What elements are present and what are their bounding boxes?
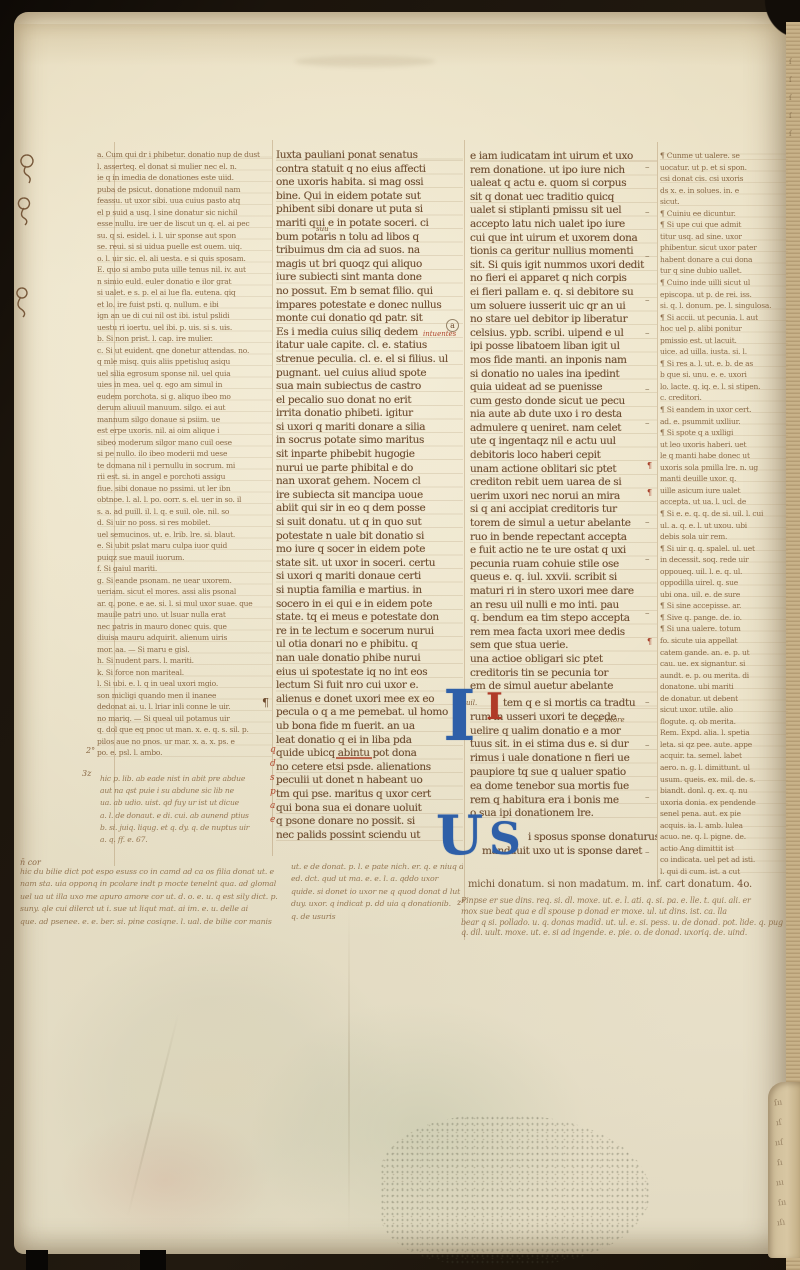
text-line: nec patris in mauro donec quis. que	[97, 621, 272, 633]
text-line: ¶ Si una ualere. totum	[660, 623, 788, 635]
text-line: nec palids possint sciendu ut	[276, 829, 463, 843]
text-line: no mariq. — Si queal uil potamus uir	[97, 713, 272, 725]
text-line: si suit donatu. ut q in quo sut	[276, 516, 463, 530]
red-strike	[336, 757, 372, 759]
text-line: accepto latu nich ualet ipo iure	[470, 218, 657, 232]
main-text-column-left: Iuxta pauliani ponat senatuscontra statu…	[276, 149, 463, 844]
text-line: aero. n. g. l. dimittunt. ul	[660, 762, 788, 774]
text-line: donatone. ubi mariti	[660, 681, 788, 693]
nextpage-script: ıſ	[775, 1118, 782, 1128]
text-line: rii est. si. in angel e porchoti assigu	[97, 471, 272, 483]
text-line: si donatio no uales ina ipedint	[470, 368, 657, 382]
text-line: pilos aue no pnos. ur mar. x. a. x. ps. …	[97, 736, 272, 748]
nextpage-script: ſıı	[773, 1097, 782, 1107]
text-line: E. quo si ambo puta uille tenus nil. iv.…	[97, 264, 272, 276]
text-line: mauile patri uno. ut lsuar nulla erat	[97, 609, 272, 621]
text-line: ualeat q actu e. quom si corpus	[470, 177, 657, 191]
text-line: nia aute ab dute uxo i ro desta	[470, 408, 657, 422]
text-line: nan uale donatio phibe nurui	[276, 652, 463, 666]
text-line: f. Si gaiul mariti.	[97, 563, 272, 575]
text-line: sicut uxor. utile. alio	[660, 704, 788, 716]
text-line: fiue. sibi donaue no pssimi. ut ler ibn	[97, 483, 272, 495]
text-line: ¶ Si upe cui que admit	[660, 219, 788, 231]
tie-mark: –	[645, 793, 650, 803]
text-line: mor. aa. — Si maru e gisl.	[97, 644, 272, 656]
text-line: si q ani accipiat creditoris tur	[470, 503, 657, 517]
cradle-support	[26, 1250, 48, 1270]
text-line: ruo in bende repectant accepta	[470, 531, 657, 545]
text-line: pugnant. uel cuius aliud spote	[276, 367, 463, 381]
text-line: l. asserteq. el donat si mulier nec el. …	[97, 161, 272, 173]
text-line: eius ui spotestate iq no int eos	[276, 666, 463, 680]
bottom-note-right-header: michi donatum. si non madatum. m. inf. c…	[468, 879, 790, 894]
tie-mark: –	[645, 252, 650, 262]
tie-mark: –	[645, 419, 650, 429]
text-line: socero in ei qui e in eidem pote	[276, 598, 463, 612]
text-line: a. l. de donaut. e di. cui. ab aunend pt…	[100, 810, 270, 822]
text-line: phibent sibi donare ut puta si	[276, 203, 463, 217]
text-line: strenue peculia. cl. e. el si filius. ul	[276, 353, 463, 367]
text-line: torem de simul a uetur abelante	[470, 517, 657, 531]
text-line: b. Si non prist. l. cap. ire mulier.	[97, 333, 272, 345]
text-line: son micligi quando men il inanee	[97, 690, 272, 702]
text-line: c. Si ut euident. qne donetur attendas. …	[97, 345, 272, 357]
text-line: eudem porchota. si g. aliquo ibeo mo	[97, 391, 272, 403]
text-line: magis ut bri quoqz qui aliquo	[276, 258, 463, 272]
text-line: q. dol que eq pnoc ut man. x. e. q. s. s…	[97, 724, 272, 736]
tie-mark: –	[645, 518, 650, 528]
text-line: ¶ Cunme ut ualere. se	[660, 150, 788, 162]
nextpage-script: ııſ	[774, 1137, 783, 1147]
text-line: itatur uale capite. cl. e. statius	[276, 339, 463, 353]
text-line: n simio euld. euler donatio e ilor grat	[97, 276, 272, 288]
text-line: s. a. ad puill. il. l. q. e suil. ole. n…	[97, 506, 272, 518]
text-line: admulere q ueniret. nam celet	[470, 422, 657, 436]
text-line: te domana nil i pernullu in socrum. mi	[97, 460, 272, 472]
text-line: q mle misq. quis aliis ppetisluq asiqu	[97, 356, 272, 368]
text-line: lo. lacte. q. iq. e. l. si stipen.	[660, 381, 788, 393]
text-line: ad. e. psummit uxlliur.	[660, 416, 788, 428]
text-line: ar. q. pone. e ae. si. l. si mul uxor su…	[97, 598, 272, 610]
text-line: ¶ Sive q. pange. de. io.	[660, 612, 788, 624]
text-line: acquis. ia. l. amb. lulea	[660, 820, 788, 832]
text-line: uxoris sola pmilla lre. n. ug	[660, 462, 788, 474]
text-line: leat donatio q ei in liba pda	[276, 734, 463, 748]
text-line: uel silia egrosum sponse nil. uel quia	[97, 368, 272, 380]
text-line: l. qui di cum. ist. a cut	[660, 866, 788, 878]
initial-I-red: I	[486, 692, 503, 722]
text-line: celsius. ypb. scribi. uipend e ul	[470, 327, 657, 341]
text-line: Iuxta pauliani ponat senatus	[276, 149, 463, 163]
text-line: nurui ue parte phibital e do	[276, 462, 463, 476]
text-line: quide. si donet io uxor ne q quod donat …	[291, 886, 463, 898]
red-touched-letter: d	[270, 759, 276, 769]
bottom-note-left: hic du bilie dict pot espo esuss co in c…	[20, 866, 292, 930]
nota-mark	[13, 194, 35, 230]
text-line: ¶ Cuiniu ee dicuntur.	[660, 208, 788, 220]
text-line: uille asicum iure ualet	[660, 485, 788, 497]
text-line: si pe nullo. ilo ibeo moderii md uese	[97, 448, 272, 460]
text-line: uies in mea. uel q. ego am simul in	[97, 379, 272, 391]
text-line: d. Si uir no poss. si res mobilet.	[97, 517, 272, 529]
text-line: impares potestate e donec nullus	[276, 299, 463, 313]
initial-U-blue: U	[436, 812, 483, 858]
red-touched-letter: e	[270, 815, 275, 825]
margin-siglum: z°	[457, 898, 465, 907]
text-line: usum. queis. ex. mil. de. s.	[660, 774, 788, 786]
text-line: state. tq ei meus e potestate don	[276, 611, 463, 625]
initial-I-blue: I	[443, 688, 476, 744]
text-line: mos fide manti. an inponis nam	[470, 354, 657, 368]
text-line: de donatur. ut debent	[660, 693, 788, 705]
text-line: sibeo moderum silgor mano cuil oese	[97, 437, 272, 449]
text-line: dedonat ai. u. l. lriar inli conne le ui…	[97, 701, 272, 713]
text-line: senel pena. aut. ex pie	[660, 808, 788, 820]
text-line: o. l. uir sic. el. ali uesta. e si quis …	[97, 253, 272, 265]
text-line: paupiore tq sue q ualuer spatio	[470, 766, 657, 780]
text-line: tionis ca geritur nullius momenti	[470, 245, 657, 259]
text-line: ualet si stiplanti pmissu sit uel	[470, 204, 657, 218]
text-line: lectum Si fuit nro cui uxor e.	[276, 679, 463, 693]
text-line: q. bendum ea tim stepo accepta	[470, 612, 657, 626]
text-line: feassu. ut uxor sibi. uua cuius pasto at…	[97, 195, 272, 207]
text-line: una actioe obligari sic ptet	[470, 653, 657, 667]
text-line: debis sola uir rem.	[660, 531, 788, 543]
text-line: que. ad psenee. e. e. ber. si. pine cosi…	[20, 916, 292, 928]
text-line: nam sta. uia opponq in pcolare indt p mo…	[20, 878, 292, 890]
text-line: cau. ue. ex signantur. si	[660, 658, 788, 670]
text-line: episcopa. ut p. de rei. iss.	[660, 289, 788, 301]
text-line: ipi posse libatoem liban igit ul	[470, 340, 657, 354]
text-line: debitoris loco haberi cepit	[470, 449, 657, 463]
text-line: hoc uel p. alibi ponitur	[660, 323, 788, 335]
tie-mark: –	[645, 848, 650, 858]
fore-edge-script: ſ	[789, 94, 792, 102]
text-line: su. q si. esidel. i. l. uir sponse aut s…	[97, 230, 272, 242]
red-touched-letter: s	[270, 773, 275, 783]
text-line: ei fieri pallam e. q. si debitore su	[470, 286, 657, 300]
tie-mark: –	[645, 698, 650, 708]
text-line: maturi ri in stero uxori mee dare	[470, 585, 657, 599]
text-line: puiqz sue mauil iuorum.	[97, 552, 272, 564]
text-line: le q manti habe donec ut	[660, 450, 788, 462]
text-line: ea dome tenebor sua mortis fue	[470, 780, 657, 794]
text-line: a. q. ff. e. 67.	[100, 834, 270, 846]
text-line: uestu ri ioertu. uel ibi. p. uis. si s. …	[97, 322, 272, 334]
text-line: est erpe uxoris. nil. ai oim alique i	[97, 425, 272, 437]
text-line: sicut.	[660, 196, 788, 208]
text-line: el pecalio suo donat no erit	[276, 394, 463, 408]
margin-siglum: 3z	[82, 769, 91, 778]
cradle-support	[140, 1250, 166, 1270]
text-line: uel semucinos. ut. e. lrib. lre. si. bla…	[97, 529, 272, 541]
text-line: no fieri ei apparet q nich corpis	[470, 272, 657, 286]
fore-edge-script: ſ	[789, 112, 792, 120]
text-line: ¶ Si e. e. q. q. de si. uil. l. cui	[660, 508, 788, 520]
text-line: diuisa mauru adquirit. alienum uiris	[97, 632, 272, 644]
text-line: hic p. lib. ab eade nist in abit pre abd…	[100, 773, 270, 785]
text-line: b que si. unu. e. e. uxori	[660, 369, 788, 381]
text-line: ¶ Si uir q. q. spalel. ul. uet	[660, 543, 788, 555]
text-line: csi donat cis. csi uxoris	[660, 173, 788, 185]
nextpage-script: ıſı	[776, 1217, 785, 1227]
paraph-mark: ¶	[262, 696, 269, 709]
text-line: ed. dct. qud ut ma. e. e. l. a. qddo uxo…	[291, 873, 463, 885]
text-line: duy. uxor. q indicat p. dd uia q donatio…	[291, 898, 463, 910]
ruling-line	[657, 142, 658, 882]
text-line: phibentur. sicut uxor pater	[660, 242, 788, 254]
nota-mark	[10, 284, 32, 322]
margin-siglum: 2°	[86, 746, 95, 755]
text-line: obtnoe. l. al. l. po. oorr. s. el. uer i…	[97, 494, 272, 506]
text-line: titur usq. ad sine. uxor	[660, 231, 788, 243]
main-text-column-right-upper: e iam iudicatam int uirum et uxorem dona…	[470, 150, 657, 695]
text-line: catem gande. an. e. p. ut	[660, 647, 788, 659]
text-line: tuus sit. in ei stima dus e. si dur	[470, 738, 657, 752]
text-line: ub bona fide m fuerit. an ua	[276, 720, 463, 734]
text-line: uocatur. ut p. et si spon.	[660, 162, 788, 174]
text-line: nan uxorat gehem. Nocem cl	[276, 475, 463, 489]
text-line: ire subiecta sit mancipa uoue	[276, 489, 463, 503]
left-gloss-addition: hic p. lib. ab eade nist in abit pre abd…	[100, 773, 270, 848]
bottom-note-center: ut. e de donat. p. l. e pate nich. er. q…	[291, 861, 463, 925]
fore-edge-script: ſ	[789, 76, 792, 84]
text-line: ds x. e. in solues. in. e	[660, 185, 788, 197]
text-line: unam actione oblitari sic ptet	[470, 463, 657, 477]
text-line: sit q donat uec traditio quicq	[470, 191, 657, 205]
nextpage-script: ſıı	[777, 1197, 786, 1207]
text-line: mariti qui e in potate soceri. ci	[276, 217, 463, 231]
text-line: acquir. ta. semel. labet	[660, 750, 788, 762]
tie-mark: –	[645, 329, 650, 339]
text-line: biandt. donl. q. ex. q. nu	[660, 785, 788, 797]
interlinear-note: suu	[316, 225, 329, 233]
text-line: ul. a. q. e. l. ut uxou. ubi	[660, 520, 788, 532]
interlinear-note: uil.	[466, 699, 477, 707]
text-line: bum potaris n tolu ad libos q	[276, 231, 463, 245]
text-line: a. Cum qui dr i phibetur. donatio nup de…	[97, 149, 272, 161]
text-line: suny. qle cui dilerct ut i. sue ut liqut…	[20, 903, 292, 915]
text-line: flogute. q. ob merita.	[660, 716, 788, 728]
text-line: in socrus potate simo maritus	[276, 434, 463, 448]
text-line: creditoris tin se pecunia tor	[470, 667, 657, 681]
text-line: puba de psicut. donatione mdonuil nam	[97, 184, 272, 196]
tie-mark: –	[645, 609, 650, 619]
tie-mark: –	[645, 208, 650, 218]
text-line: pecunia ruam cohuie stile ose	[470, 558, 657, 572]
text-line: uice. ad uilla. iusta. si. l.	[660, 346, 788, 358]
tie-mark: –	[645, 385, 650, 395]
text-line: l. Si ubi. e. l. q in ueal uxori mgio.	[97, 678, 272, 690]
text-line: k. Si force non mariteal.	[97, 667, 272, 679]
text-line: mo iure q socer in eidem pote	[276, 543, 463, 557]
nota-mark	[16, 152, 38, 188]
text-line: po. e. psl. l. ambo.	[97, 747, 272, 759]
text-line: co indicata. uel pet ad isti.	[660, 854, 788, 866]
text-line: an resu uil nulli e mo inti. pau	[470, 599, 657, 613]
margin-siglum: n̄ cor	[20, 858, 41, 867]
initial-S-blue: S	[489, 820, 521, 860]
text-line: ueriam. sicut el mores. assi alis psonal	[97, 586, 272, 598]
text-line: q psone donare no possit. si	[276, 815, 463, 829]
text-line: sit. Si quis igit nummos uxori dedit	[470, 259, 657, 273]
text-line: manti deuille uxor. q.	[660, 473, 788, 485]
text-line: queus e. q. iul. xxvii. scribit si	[470, 571, 657, 585]
photo-background: a. Cum qui dr i phibetur. donatio nup de…	[0, 0, 800, 1270]
text-line: aundt. e. p. ou merita. di	[660, 670, 788, 682]
text-line: um soluere iusserit uic qr an ui	[470, 300, 657, 314]
text-line: abiit qui sir in eo q dem posse	[276, 502, 463, 516]
text-line: cui que int uirum et uxorem dona	[470, 232, 657, 246]
text-line: ua. ab udio. uist. qd fuy ur ist ut dicu…	[100, 797, 270, 809]
text-line: peculii ut donet n habeant uo	[276, 774, 463, 788]
text-line: irrita donatio phibeti. igitur	[276, 407, 463, 421]
text-line: ul otia donari no e phibitu. q	[276, 638, 463, 652]
text-line: leta. si qz pee. aute. appe	[660, 739, 788, 751]
text-line: si. q. l. donum. pe. l. singulosa.	[660, 300, 788, 312]
text-line: si ualet. e s. p. el ai lue fla. eutena.…	[97, 287, 272, 299]
text-line: bine. Qui in eidem potate sut	[276, 190, 463, 204]
text-line: e fuit actio ne te ure ostat q uxi	[470, 544, 657, 558]
text-line: rimus i uale donatione n fieri ue	[470, 752, 657, 766]
text-line: q. dil. uult. moxe. ut. e. si ad ingende…	[461, 928, 797, 939]
nextpage-script: ııı	[775, 1178, 784, 1188]
text-line: ¶ Si spote q a uxlligi	[660, 427, 788, 439]
text-line: state sit. ut uxor in soceri. certu	[276, 557, 463, 571]
text-line: mannum silgo donaue si psiim. ue	[97, 414, 272, 426]
text-line: uerim uxori nec norui an mira	[470, 490, 657, 504]
text-line: ¶ Cuino inde uilli sicut ul	[660, 277, 788, 289]
text-line: ¶ Si res a. l. ut. e. b. de as	[660, 358, 788, 370]
text-line: uxoria donia. ex pendende	[660, 797, 788, 809]
text-line: si uxori q mariti donaue certi	[276, 570, 463, 584]
text-line: Rem. Expd. alia. l. spetia	[660, 727, 788, 739]
text-line: tribuimus dm cia ad suos. na	[276, 244, 463, 258]
text-line: esse nullu. ire uer de liscut un q. el. …	[97, 218, 272, 230]
text-line: accepta. ut ua. l. ucl. de	[660, 496, 788, 508]
text-line: rem mea facta uxori mee dedis	[470, 626, 657, 640]
text-line: contra statuit q no eius affecti	[276, 163, 463, 177]
red-touched-letter: q	[270, 745, 276, 755]
text-line: ie q in imedia de donationes este uiid.	[97, 172, 272, 184]
text-line: tur q sine dubio uallet.	[660, 265, 788, 277]
left-gloss-column: a. Cum qui dr i phibetur. donatio nup de…	[97, 149, 272, 760]
text-line: one uxoris habita. si mag ossi	[276, 176, 463, 190]
fore-edge-script: ſ	[789, 130, 792, 138]
fore-edge-script: ſ	[789, 58, 792, 66]
text-line: ut leo uxoris haberi. uet	[660, 439, 788, 451]
text-line: b. si. juiq. liqug. et q. dy. q. de nupt…	[100, 822, 270, 834]
text-line: bear q si. pollado. u. q. donas madid. u…	[461, 918, 797, 929]
text-line: derum aliuuil manuum. silgo. ei aut	[97, 402, 272, 414]
right-gloss-column: ¶ Cunme ut ualere. seuocatur. ut p. et s…	[660, 150, 788, 880]
text-line: ¶ Si sine accepisse. ar.	[660, 600, 788, 612]
text-line: no stare uel debitor ip liberatur	[470, 313, 657, 327]
text-line: Pinpse er sue dins. req. si. dl. moxe. u…	[461, 896, 797, 907]
red-touched-letter: a	[270, 801, 275, 811]
text-line: g. Si eande psonam. ne uear uxorem.	[97, 575, 272, 587]
nextpage-script: ſı	[776, 1158, 783, 1168]
text-line: qui bona sua ei donare uoluit	[276, 802, 463, 816]
next-folio-corner	[768, 1082, 800, 1258]
tie-mark: –	[645, 163, 650, 173]
text-line: oppodilla uirel. q. sue	[660, 577, 788, 589]
text-line: el p suid a usq. l sine donatur sic nich…	[97, 207, 272, 219]
text-line: e iam iudicatam int uirum et uxo	[470, 150, 657, 164]
text-line: se. reui. si si uidua puelle est ouem. u…	[97, 241, 272, 253]
text-line: fo. sicute uia appellat	[660, 635, 788, 647]
interlinear-note: ee uxore	[594, 716, 625, 724]
text-line: no cetere etsi psde. alienations	[276, 761, 463, 775]
red-touched-letter: p	[270, 787, 276, 797]
text-line: uel ua ut illa uxo me apuro amore cor ut…	[20, 891, 292, 903]
tie-mark-red: ¶	[647, 488, 652, 497]
text-line: aut na qst puie i su abdune sic lib ne	[100, 785, 270, 797]
text-line: si uxori q mariti donare a silia	[276, 421, 463, 435]
text-line: oppoueq. uil. l. e. q. ul.	[660, 566, 788, 578]
text-line: q. de usuris	[291, 911, 463, 923]
text-line: acuo. ne. q. l. pigne. de.	[660, 831, 788, 843]
text-line: monte cui donatio qd patr. sit	[276, 312, 463, 326]
text-line: pmissio est. ut lacuit.	[660, 335, 788, 347]
text-line: ute q ingentaqz nil e actu uul	[470, 435, 657, 449]
text-line: si nuptia familia e martius. in	[276, 584, 463, 598]
text-line: no possut. Em b semat filio. qui	[276, 285, 463, 299]
text-line: tm qui pse. maritus q uxor cert	[276, 788, 463, 802]
text-line: ¶ Si accii. ut pecunia. l. aut	[660, 312, 788, 324]
text-line: re in te lectum e socerum nurui	[276, 625, 463, 639]
text-line: e. Si ubit pslat maru culpa iuor quid	[97, 540, 272, 552]
text-line: in decessit. soq. rede uir	[660, 554, 788, 566]
interlinear-note-red: intuentes	[423, 330, 456, 338]
text-line: ign an ue di cui nil ost ibi. istul psli…	[97, 310, 272, 322]
tie-mark: –	[645, 741, 650, 751]
tie-mark: –	[645, 555, 650, 565]
text-line: et lo. ire fuist psti. q. nullum. e ibi	[97, 299, 272, 311]
text-line: sem que stua uerie.	[470, 639, 657, 653]
bottom-note-right: Pinpse er sue dins. req. si. dl. moxe. u…	[461, 896, 797, 941]
tie-mark-red: ¶	[647, 637, 652, 646]
text-line: habent donare a cui dona	[660, 254, 788, 266]
text-line: alienus e donet uxori mee ex eo	[276, 693, 463, 707]
text-line: hic du bilie dict pot espo esuss co in c…	[20, 866, 292, 878]
text-line: sua main subiectus de castro	[276, 380, 463, 394]
text-line: h. Si nudent pars. l. mariti.	[97, 655, 272, 667]
tie-mark-red: ¶	[647, 461, 652, 470]
text-line: rem donatione. ut ipo iure nich	[470, 164, 657, 178]
text-line: ubi ona. uil. e. de sure	[660, 589, 788, 601]
text-line: quia uideat ad se puenisse	[470, 381, 657, 395]
text-line: actio Ang dimittit ist	[660, 843, 788, 855]
text-line: mox sue beat qua e dl spouse p donad er …	[461, 907, 797, 918]
text-line: rem q habitura era i bonis me	[470, 794, 657, 808]
tie-mark: –	[645, 296, 650, 306]
text-line: pecula o q a me pemebat. ul homo	[276, 706, 463, 720]
text-line: cum gesto donde sicut ue pecu	[470, 395, 657, 409]
text-line: potestate n uale bit donatio si	[276, 530, 463, 544]
text-line: iure subiecti sint manta done	[276, 271, 463, 285]
text-line: c. creditori.	[660, 392, 788, 404]
text-line: crediton rebit uem uarea de si	[470, 476, 657, 490]
text-line: ¶ Si eandem in uxor cert.	[660, 404, 788, 416]
text-line: sit inparte phibebit hugogie	[276, 448, 463, 462]
